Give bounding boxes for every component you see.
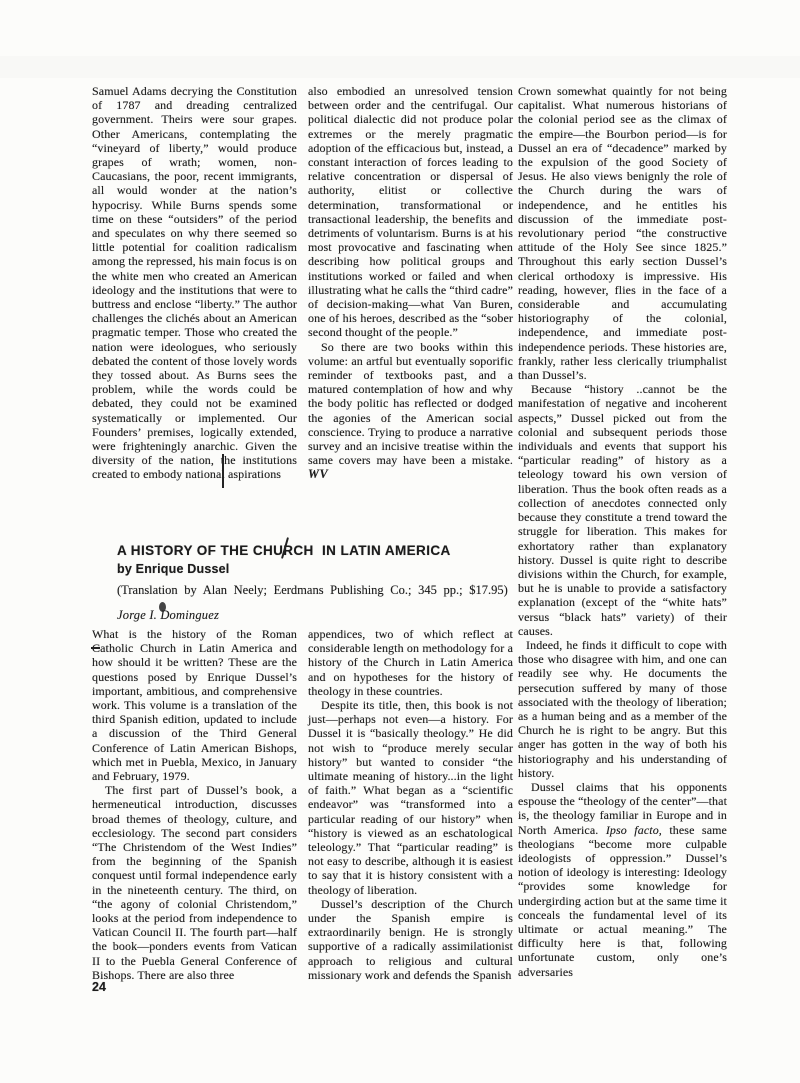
paragraph-text: these same theologians “become more culp… [518,823,727,979]
paragraph: What is the history of the Roman Catholi… [92,627,297,783]
paragraph: Indeed, he finds it difficult to cope wi… [518,638,727,780]
paragraph: Crown somewhat quaintly for not being ca… [518,84,727,382]
paragraph: Despite its title, then, this book is no… [308,698,513,897]
book-title: A HISTORY OF THE CHURCH IN LATIN AMERICA [117,543,517,558]
paragraph: The first part of Dussel’s book, a herme… [92,783,297,982]
book-author-byline: by Enrique Dussel [117,562,517,576]
top-middle-column: also embodied an unresolved tension betw… [308,84,513,482]
page-number: 24 [92,980,106,994]
paragraph: Samuel Adams decrying the Constitution o… [92,84,297,482]
paragraph: appendices, two of which reflect at cons… [308,627,513,698]
reviewer-name: Jorge I. Dominguez [117,608,517,623]
paragraph: also embodied an unresolved tension betw… [308,84,513,340]
paragraph: Dussel’s description of the Church under… [308,897,513,982]
review-heading-block: A HISTORY OF THE CHURCH IN LATIN AMERICA… [117,543,517,623]
ink-artifact-blob [159,602,166,612]
paragraph: Because “history ..cannot be the manifes… [518,382,727,638]
bottom-middle-column: appendices, two of which reflect at cons… [308,627,513,982]
latin-phrase: Ipso facto, [606,823,662,837]
publication-info: (Translation by Alan Neely; Eerdmans Pub… [117,583,517,598]
ink-artifact-vertical-stroke [222,454,224,488]
scan-shading-band [0,56,800,78]
right-column: Crown somewhat quaintly for not being ca… [518,84,727,979]
paragraph: Dussel claims that his opponents espouse… [518,780,727,979]
reviewer-initials: WV [308,467,328,481]
paragraph: So there are two books within this volum… [308,340,513,482]
top-left-column: Samuel Adams decrying the Constitution o… [92,84,297,482]
paragraph-text: So there are two books within this volum… [308,340,513,468]
ink-artifact-c-stroke [91,647,100,649]
scanned-page: Samuel Adams decrying the Constitution o… [0,0,800,1083]
bottom-left-column: What is the history of the Roman Catholi… [92,627,297,982]
